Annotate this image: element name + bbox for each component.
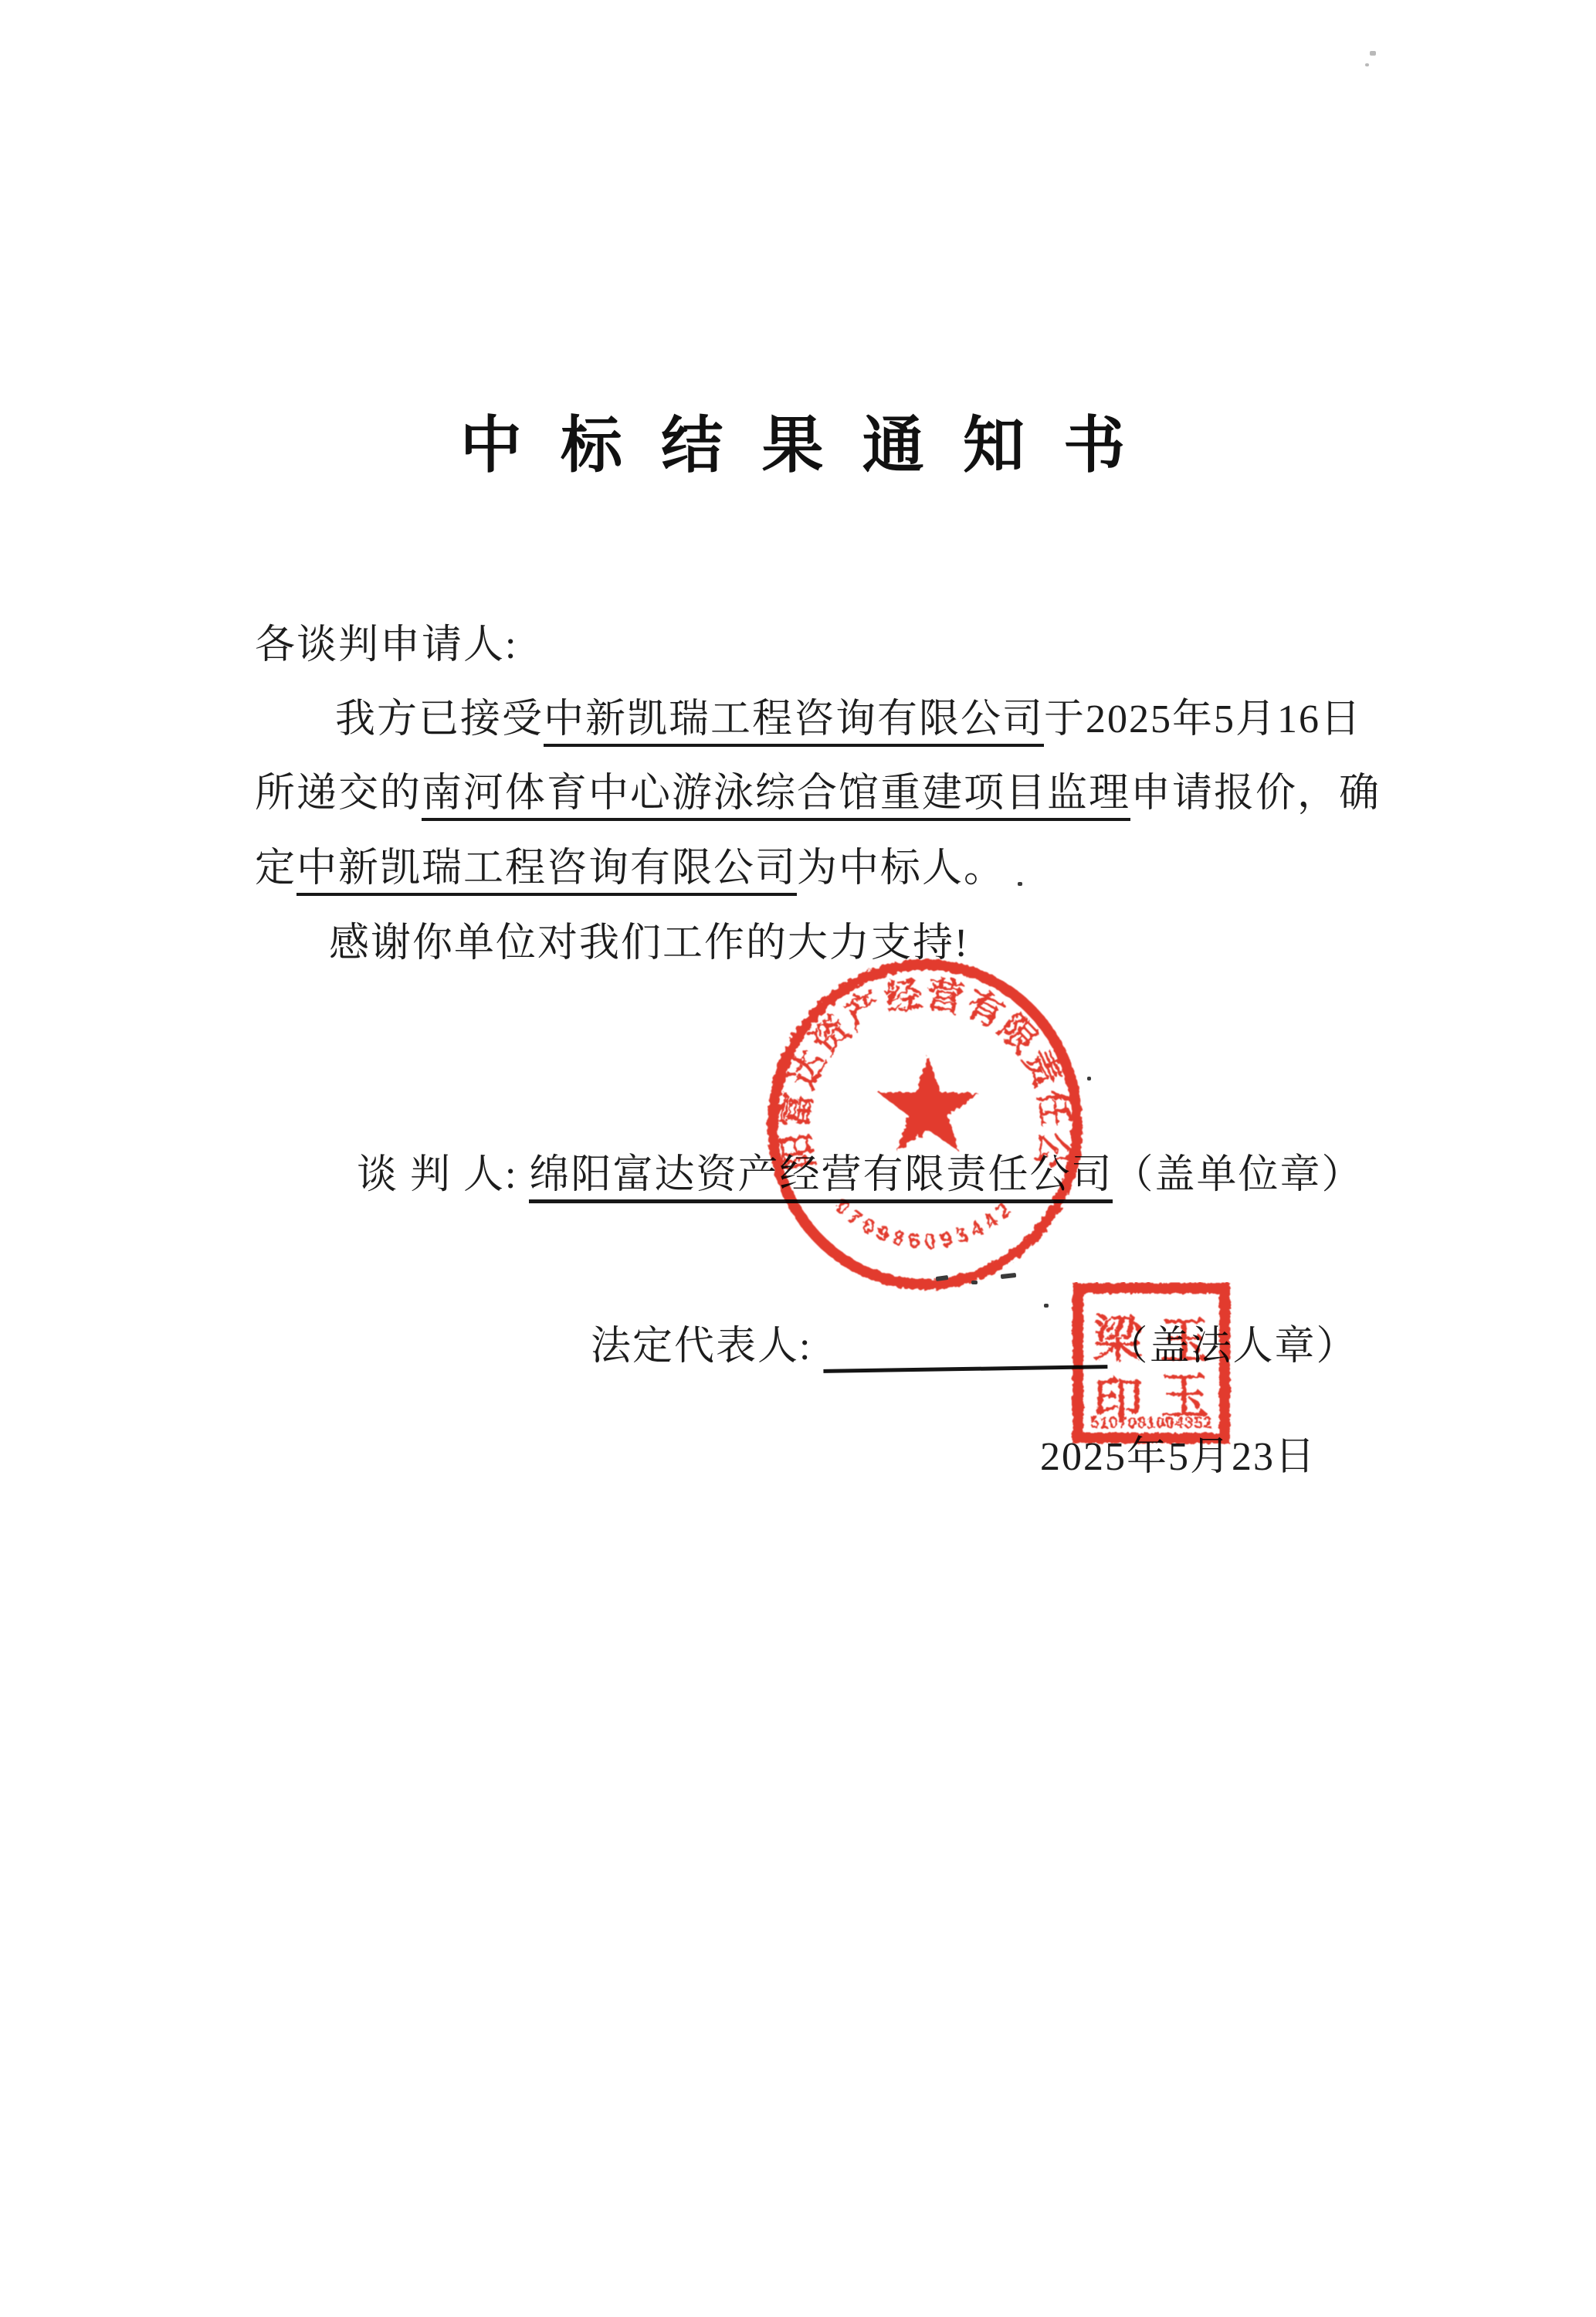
star-icon: [878, 1057, 978, 1152]
company-seal-graphic: 绵阳富达资产经营有限责任公司 070986093442: [755, 955, 1095, 1294]
seal-char-top-right: 玉: [1160, 1314, 1209, 1369]
body-line-2: 我方已接受中新凯瑞工程咨询有限公司于2025年5月16日: [255, 697, 1509, 743]
document-page: 中 标 结 果 通 知 书 各谈判申请人: 我方已接受中新凯瑞工程咨询有限公司于…: [0, 0, 1596, 2317]
legal-rep-seal-graphic: 梁 玉 印 玉 5107081004352: [1070, 1282, 1234, 1446]
body-line-4-post: 为中标人。: [797, 846, 1005, 891]
company-seal-stamp: 绵阳富达资产经营有限责任公司 070986093442: [755, 955, 1095, 1294]
body-line-2-post: 于2025年5月16日: [1044, 697, 1362, 741]
body-line-4-pre: 定: [255, 846, 296, 891]
body-line-2-underlined: 中新凯瑞工程咨询有限公司: [544, 697, 1044, 747]
body-line-3-pre: 所递交的: [255, 772, 422, 816]
seal-code-digits: 5107081004352: [1090, 1414, 1212, 1432]
svg-text:070986093442: 070986093442: [831, 1195, 1019, 1253]
negotiator-note: （盖单位章）: [1113, 1153, 1363, 1197]
body-line-4: 定中新凯瑞工程咨询有限公司为中标人。: [255, 846, 1428, 892]
scan-speck: [1365, 63, 1369, 66]
scan-speck: [1087, 1077, 1091, 1080]
legal-rep-label: 法定代表人:: [591, 1325, 812, 1369]
body-line-4-underlined: 中新凯瑞工程咨询有限公司: [296, 846, 797, 896]
scan-speck: [1044, 1304, 1049, 1308]
legal-rep-seal-stamp: 梁 玉 印 玉 5107081004352: [1070, 1282, 1234, 1446]
seal-code-digits: 070986093442: [831, 1195, 1019, 1253]
seal-char-top-left: 梁: [1093, 1312, 1145, 1367]
scan-speck: [1370, 51, 1376, 56]
body-line-2-pre: 我方已接受: [335, 697, 544, 741]
document-title: 中 标 结 果 通 知 书: [0, 395, 1596, 484]
scan-speck: [1018, 882, 1022, 886]
salutation-text: 各谈判申请人:: [255, 623, 517, 667]
legal-rep-line: 法定代表人: （盖法人章）: [591, 1313, 1357, 1371]
legal-rep-signature-blank: [823, 1325, 1108, 1373]
body-line-3-post: 申请报价，确: [1130, 772, 1381, 816]
body-line-3-underlined: 南河体育中心游泳综合馆重建项目监理: [422, 772, 1130, 821]
body-line-3: 所递交的南河体育中心游泳综合馆重建项目监理申请报价，确: [255, 771, 1428, 817]
scan-speck: [971, 1281, 978, 1284]
salutation-line: 各谈判申请人:: [255, 623, 1428, 669]
negotiator-label: 谈 判 人:: [357, 1153, 517, 1197]
